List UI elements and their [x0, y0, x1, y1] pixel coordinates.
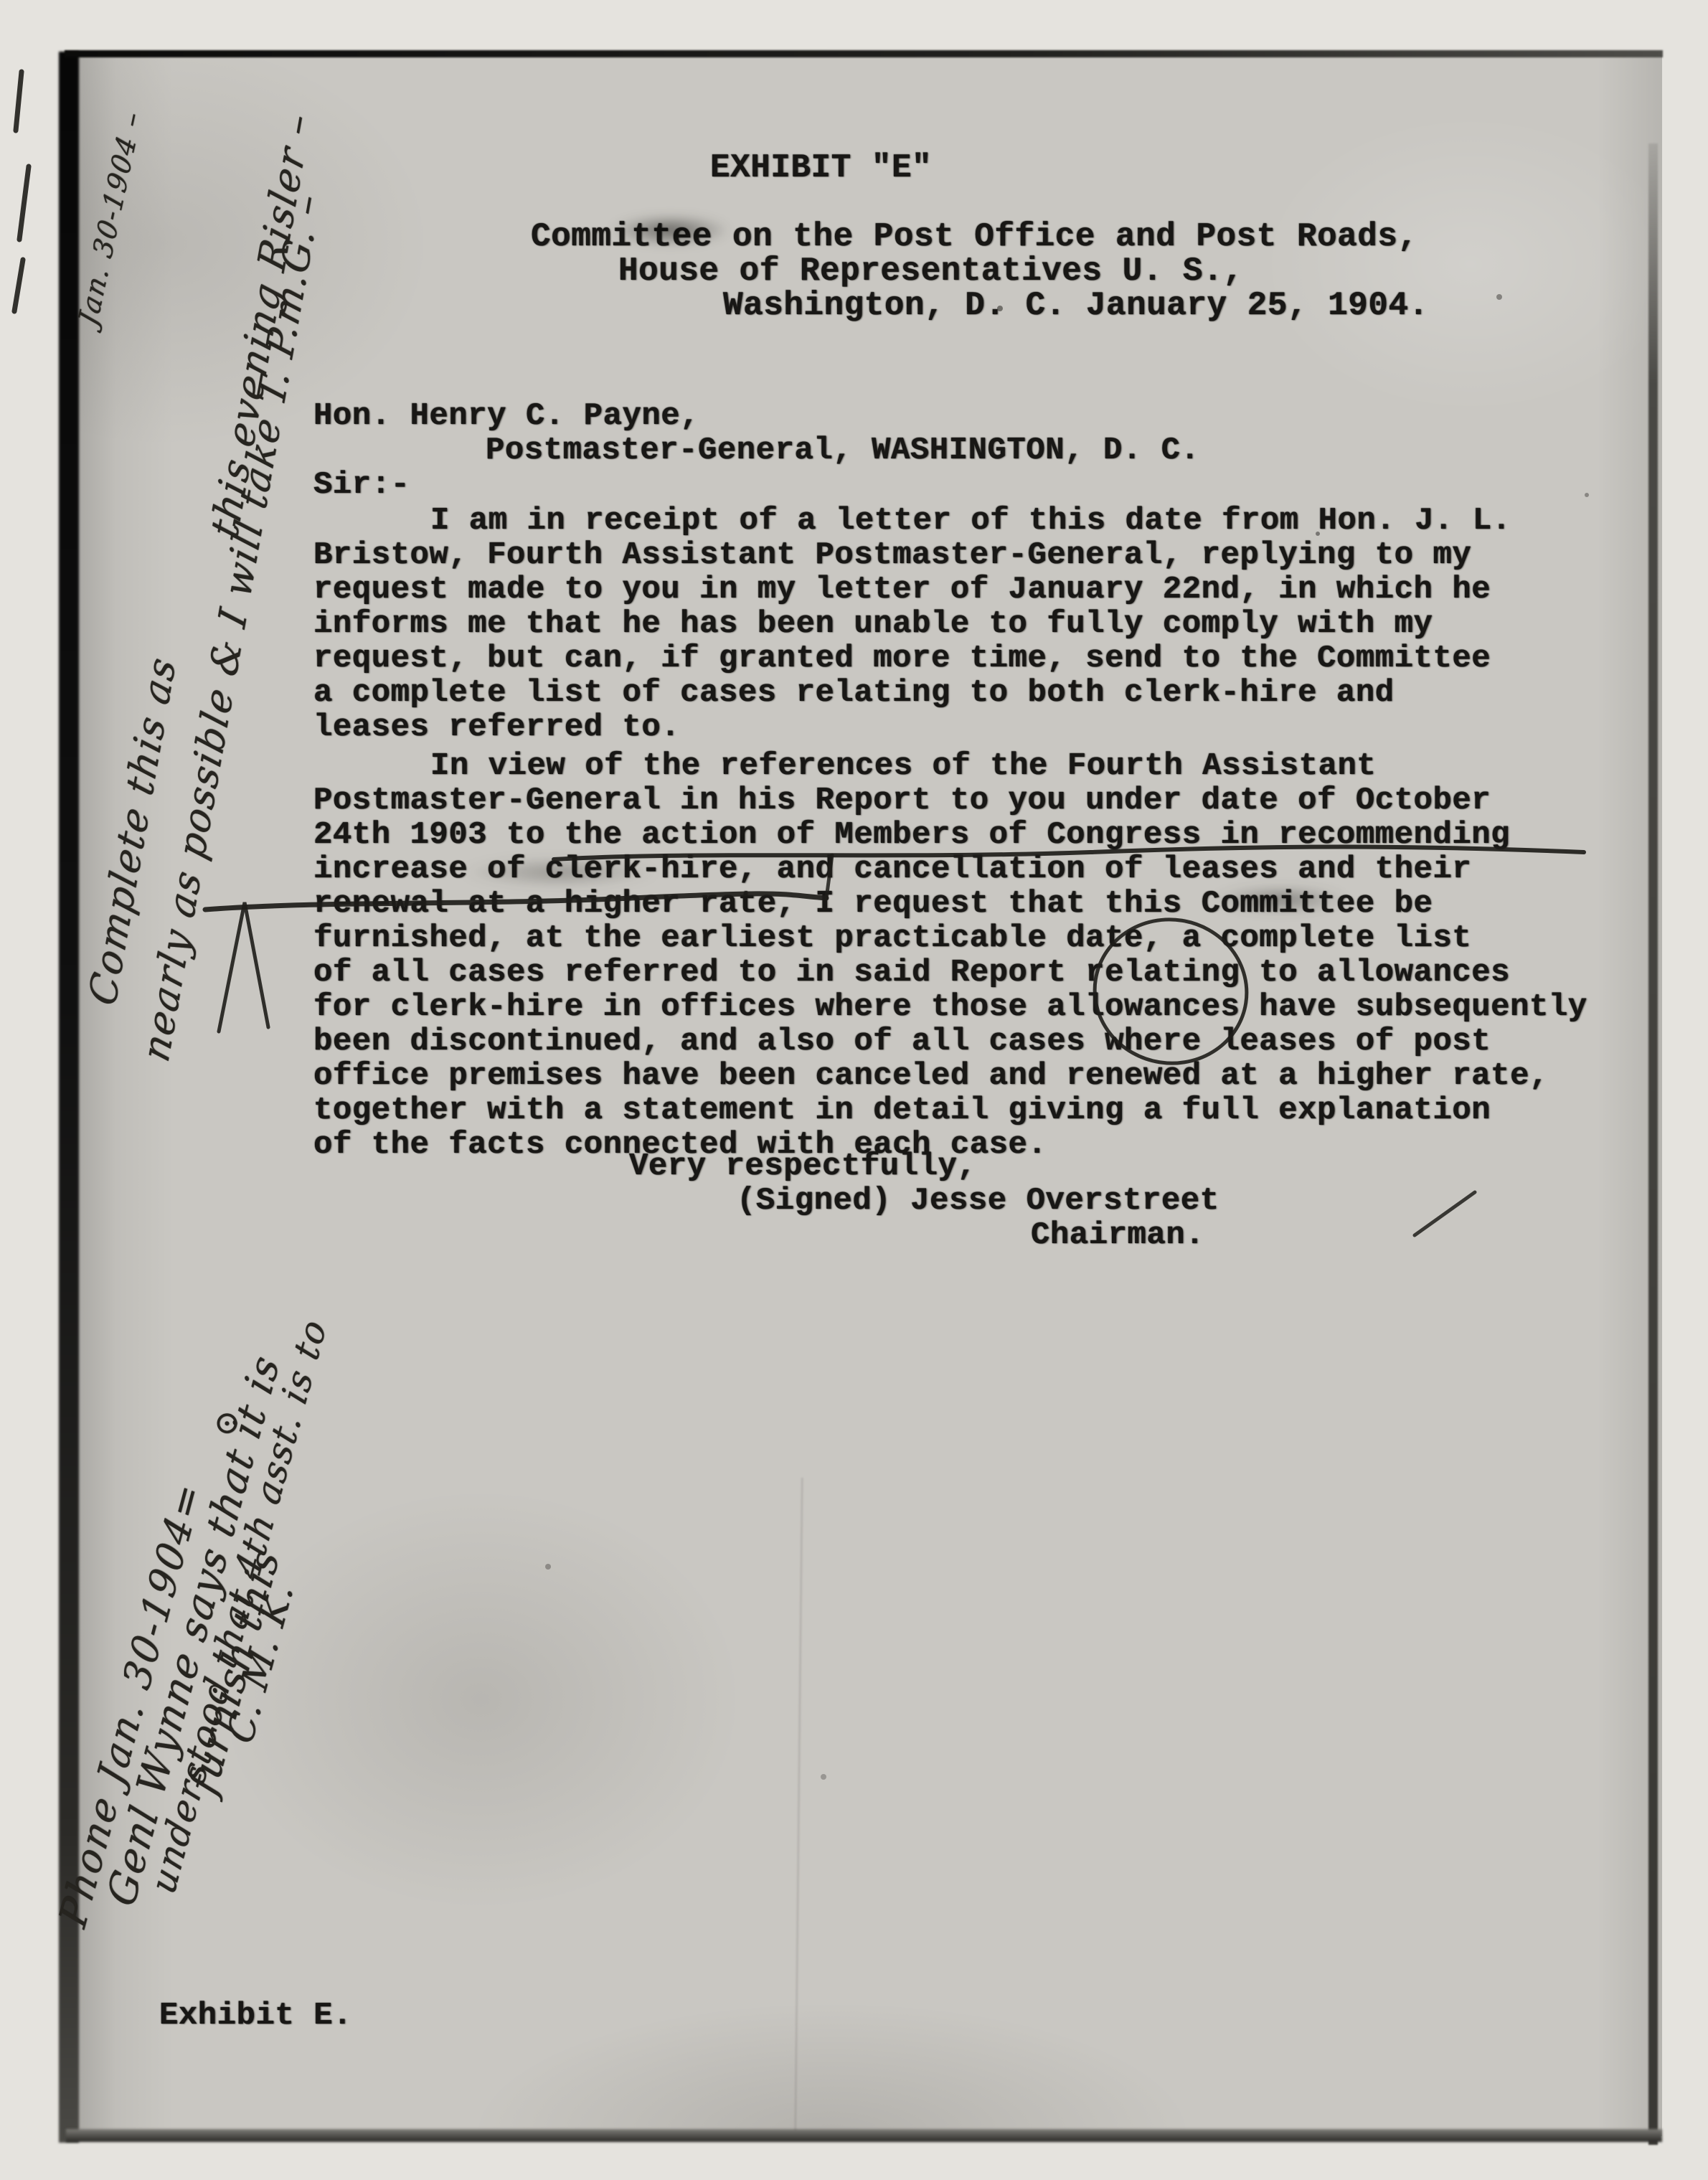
- typed-line: a complete list of cases relating to bot…: [313, 676, 1511, 710]
- typed-line: Postmaster-General in his Report to you …: [313, 783, 1587, 818]
- circled-dot-mark: ⊙: [214, 1405, 242, 1441]
- salutation: Sir:-: [313, 468, 410, 502]
- typed-line: 24th 1903 to the action of Members of Co…: [313, 818, 1587, 852]
- typed-line: furnished, at the earliest practicable d…: [313, 921, 1587, 955]
- ink-smudge-clerk-hire: [430, 852, 689, 892]
- recipient-name: Hon. Henry C. Payne,: [313, 399, 699, 433]
- typed-line: been discontinued, and also of all cases…: [313, 1024, 1587, 1059]
- closing-respectfully: Very respectfully,: [629, 1149, 976, 1184]
- typed-line: together with a statement in detail givi…: [313, 1093, 1587, 1128]
- body-paragraph-2: In view of the references of the Fourth …: [313, 749, 1587, 1162]
- typed-line: for clerk-hire in offices where those al…: [313, 990, 1587, 1024]
- paper-edge-bottom-shadow: [66, 2129, 1662, 2142]
- typed-line: renewal at a higher rate, I request that…: [313, 887, 1587, 921]
- typed-line: Bristow, Fourth Assistant Postmaster-Gen…: [313, 538, 1511, 572]
- typed-line: I am in receipt of a letter of this date…: [313, 504, 1511, 538]
- letterhead-line-3: Washington, D. C. January 25, 1904.: [723, 288, 1429, 323]
- letterhead-line-2: House of Representatives U. S.,: [618, 254, 1243, 288]
- paper-edge-right-shadow: [1648, 143, 1658, 2145]
- ink-smudge-committee-2: [1191, 881, 1370, 918]
- typed-line: request, but can, if granted more time, …: [313, 641, 1511, 676]
- typed-line: In view of the references of the Fourth …: [313, 749, 1587, 783]
- footer-exhibit-label: Exhibit E.: [159, 1999, 352, 2033]
- typed-line: informs me that he has been unable to fu…: [313, 607, 1511, 641]
- closing-title: Chairman.: [1031, 1218, 1204, 1252]
- recipient-address: Postmaster-General, WASHINGTON, D. C.: [486, 433, 1199, 468]
- closing-signature: (Signed) Jesse Overstreet: [737, 1184, 1219, 1218]
- scanned-letter-page: EXHIBIT "E" Committee on the Post Office…: [0, 0, 1708, 2180]
- paper-edge-top-shadow: [65, 50, 1663, 57]
- exhibit-heading: EXHIBIT "E": [710, 151, 932, 185]
- typed-line: request made to you in my letter of Janu…: [313, 572, 1511, 607]
- mat-pen-strokes: [14, 72, 29, 311]
- typed-line: leases referred to.: [313, 710, 1511, 745]
- dust-specks: [0, 0, 3, 3]
- typed-line: of all cases referred to in said Report …: [313, 955, 1587, 990]
- typed-line: office premises have been canceled and r…: [313, 1059, 1587, 1093]
- body-paragraph-1: I am in receipt of a letter of this date…: [313, 504, 1511, 745]
- ink-smudge-committee: [590, 209, 751, 251]
